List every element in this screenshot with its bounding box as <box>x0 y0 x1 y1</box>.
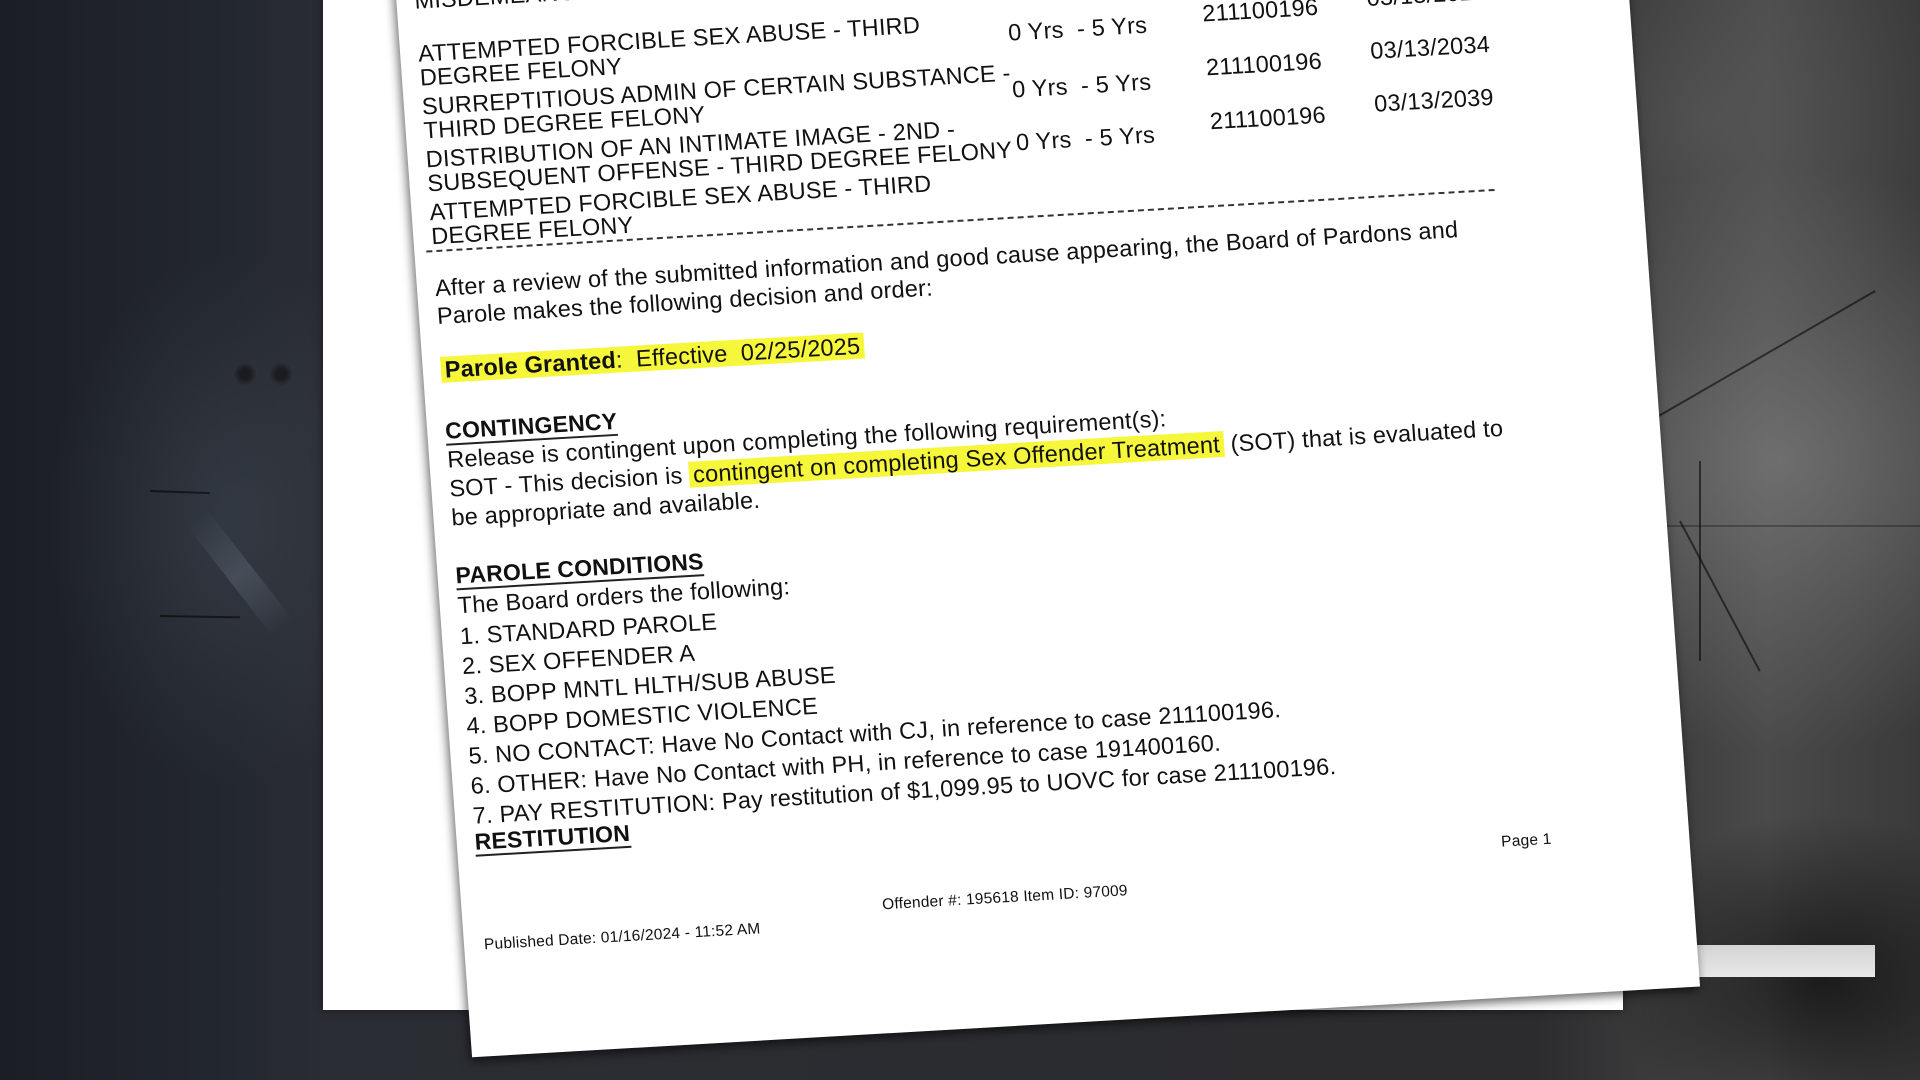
background-crack <box>1699 461 1701 661</box>
charge-case: 211100196 <box>1205 45 1372 81</box>
published-date: Published Date: 01/16/2024 - 11:52 AM <box>483 920 761 954</box>
decision-colon: : <box>615 346 624 372</box>
offender-id: Offender #: 195618 Item ID: 97009 <box>882 882 1129 914</box>
charge-description: MISDEMEANOR <box>414 0 1005 13</box>
charges-table: MISDEMEANOR 0 Yrs - 5 Yrs 19140... ATTEM… <box>414 0 1541 253</box>
charge-term: 0 Yrs - 5 Yrs <box>1011 63 1208 103</box>
background-pit <box>268 362 294 386</box>
document-content: VIOL MISDEMEANOR 0 Yrs - 5 Yrs 19140... … <box>392 0 1700 1057</box>
effective-label: Effective <box>635 340 728 371</box>
charge-term: 0 Yrs - 5 Yrs <box>1007 6 1204 46</box>
background-pit <box>232 362 258 386</box>
effective-date: 02/25/2025 <box>740 333 861 366</box>
charge-case: 211100196 <box>1209 99 1376 135</box>
charge-case: 211100196 <box>1201 0 1368 27</box>
decision-label: Parole Granted <box>444 347 617 383</box>
page-number: Page 1 <box>1501 831 1553 852</box>
background-crack <box>1650 290 1876 422</box>
background-crack <box>160 615 240 618</box>
charge-term: 0 Yrs - 5 Yrs <box>1015 116 1212 156</box>
background-crack <box>150 490 210 494</box>
contingency-body: Release is contingent upon completing th… <box>446 384 1530 533</box>
background-crack <box>1679 521 1761 672</box>
charge-expiration: 03/13/2029 <box>1366 0 1508 12</box>
decision-line: Parole Granted: Effective 02/25/2025 <box>440 332 865 384</box>
parole-decision-page: VIOL MISDEMEANOR 0 Yrs - 5 Yrs 19140... … <box>392 0 1700 1057</box>
